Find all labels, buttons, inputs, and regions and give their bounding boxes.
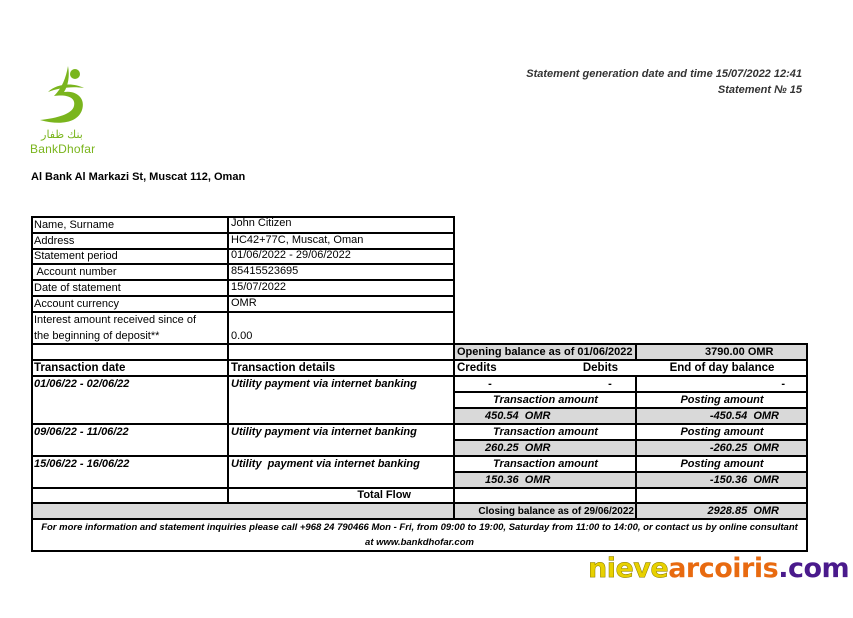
info-label-date: Date of statement <box>32 281 228 296</box>
txn-1-date: 01/06/22 - 02/06/22 <box>32 377 228 392</box>
txn-3-date: 15/06/22 - 16/06/22 <box>32 457 228 472</box>
logo-arabic-text: بنك ظفار <box>30 128 94 141</box>
txn-2-transaction-amount: 260.25 OMR <box>455 441 636 456</box>
statement-number: Statement № 15 <box>718 84 802 96</box>
info-label-interest-line2: the beginning of deposit** <box>32 329 228 344</box>
info-label-period: Statement period <box>32 249 228 264</box>
txn-1-transaction-amount: 450.54 OMR <box>455 409 636 424</box>
watermark-part-1: nieve <box>588 553 668 584</box>
footer-contact-info: For more information and statement inqui… <box>32 520 807 551</box>
txn-1-transaction-label: Transaction amount <box>455 393 636 408</box>
txn-3-posting-amount: -150.36 OMR <box>637 473 807 488</box>
watermark-part-3: .com <box>778 553 849 584</box>
txn-1-posting-label: Posting amount <box>637 393 807 408</box>
footer-line-2[interactable]: at www.bankdhofar.com <box>34 535 805 550</box>
opening-balance-value: 3790.00 OMR <box>637 345 807 360</box>
info-label-name: Name, Surname <box>32 218 228 233</box>
txn-2-posting-amount: -260.25 OMR <box>637 441 807 456</box>
watermark-part-2: arcoiris <box>668 553 778 584</box>
info-label-currency: Account currency <box>32 297 228 312</box>
info-value-account-number: 85415523695 <box>229 264 453 279</box>
txn-2-date: 09/06/22 - 11/06/22 <box>32 425 228 440</box>
opening-balance-label: Opening balance as of 01/06/2022 <box>455 345 636 360</box>
txn-2-posting-label: Posting amount <box>637 425 807 440</box>
info-value-period: 01/06/2022 - 29/06/2022 <box>229 248 453 263</box>
logo-text: BankDhofar <box>30 142 95 156</box>
total-flow-label: Total Flow <box>229 488 453 503</box>
txn-1-posting-amount: -450.54 OMR <box>637 409 807 424</box>
txn-2-details: Utility payment via internet banking <box>229 425 453 440</box>
info-value-interest: 0.00 <box>229 329 453 344</box>
column-header-balance: End of day balance <box>637 361 807 376</box>
txn-3-transaction-amount: 150.36 OMR <box>455 473 636 488</box>
column-header-date: Transaction date <box>32 361 228 376</box>
info-value-name: John Citizen <box>229 216 453 231</box>
bank-address: Al Bank Al Markazi St, Muscat 112, Oman <box>31 171 245 183</box>
txn-3-details: Utility payment via internet banking <box>229 457 453 472</box>
closing-spacer <box>32 504 455 519</box>
closing-balance-value: 2928.85 OMR <box>637 504 807 519</box>
info-label-account-number: Account number <box>32 265 228 280</box>
watermark: nievearcoiris.com <box>588 553 849 584</box>
info-label-address: Address <box>32 234 228 249</box>
txn-1-balance: - <box>637 377 787 392</box>
info-value-address: HC42+77C, Muscat, Oman <box>229 233 453 248</box>
statement-generation-datetime: Statement generation date and time 15/07… <box>526 68 802 80</box>
closing-balance-label: Closing balance as of 29/06/2022 <box>455 504 636 519</box>
column-header-debits: Debits <box>540 361 620 376</box>
txn-3-posting-label: Posting amount <box>637 457 807 472</box>
footer-line-1: For more information and statement inqui… <box>34 520 805 535</box>
column-header-credits: Credits <box>455 361 535 376</box>
info-value-date: 15/07/2022 <box>229 280 453 295</box>
txn-1-credits: - <box>455 377 525 392</box>
column-header-details: Transaction details <box>229 361 453 376</box>
txn-3-transaction-label: Transaction amount <box>455 457 636 472</box>
txn-1-details: Utility payment via internet banking <box>229 377 453 392</box>
info-value-currency: OMR <box>229 296 453 311</box>
info-label-interest-line1: Interest amount received since of <box>32 313 228 328</box>
txn-2-transaction-label: Transaction amount <box>455 425 636 440</box>
